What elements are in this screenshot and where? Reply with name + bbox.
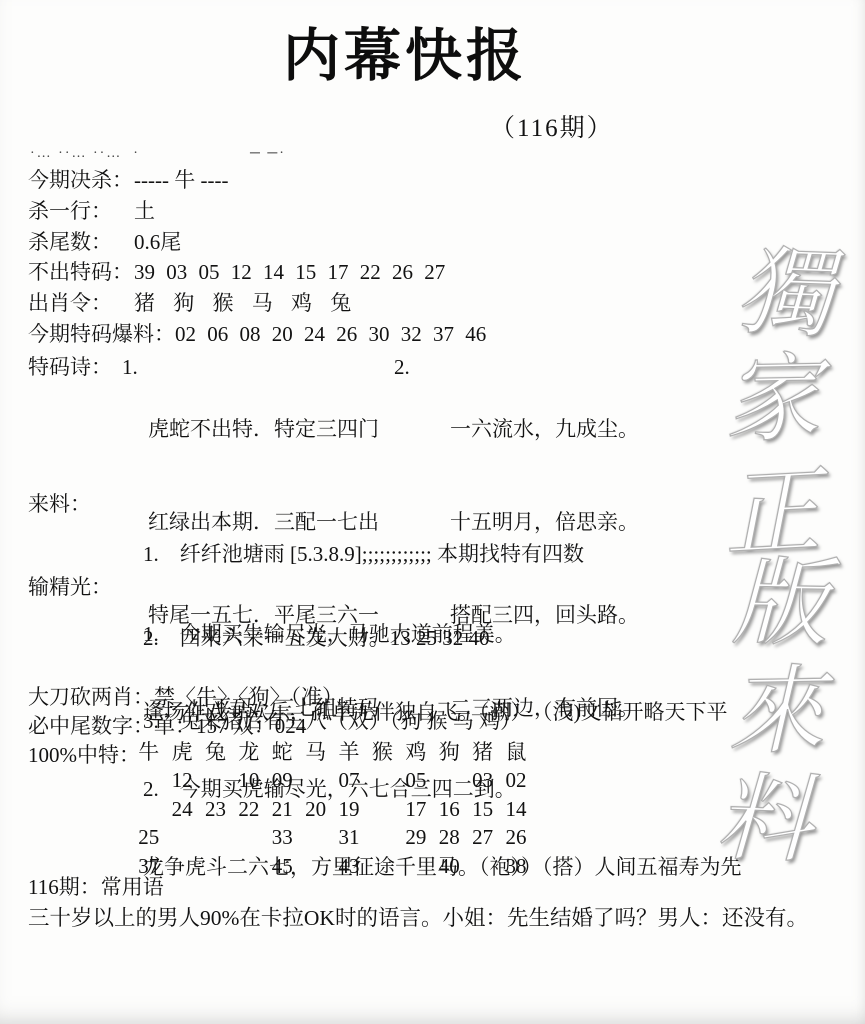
field-label: 出肖令：: [28, 288, 134, 319]
must-hit-tail-digits-line: 必中尾数字： 单：157 双：024: [28, 710, 306, 740]
special-number-cell: 05: [399, 766, 432, 794]
field-label: 杀尾数：: [28, 227, 134, 258]
footer-phrase: 三十岁以上的男人90%在卡拉OK时的语言。小姐：先生结婚了吗？男人：还没有。: [28, 901, 808, 932]
zodiac-header-cell: 猴: [366, 738, 399, 766]
special-number-cell: [366, 766, 399, 794]
field-value: 猪 狗 猴 马 鸡 兔: [134, 288, 351, 319]
field-value: 02 06 08 20 24 26 30 32 37 46: [175, 319, 486, 350]
special-number-cell: [299, 766, 332, 794]
special-number-cell: [199, 766, 232, 794]
special-number-cell: 21: [266, 795, 299, 823]
special-number-cell: 09: [266, 766, 299, 794]
zodiac-header-cell: 鸡: [399, 738, 432, 766]
special-number-cell: [232, 823, 265, 851]
special-number-cell: 24: [165, 795, 198, 823]
field-label: 今期决杀：: [28, 165, 134, 196]
special-number-cell: 25: [132, 823, 165, 851]
special-number-cell: [132, 795, 165, 823]
special-number-cell: [366, 852, 399, 880]
zodiac-header-cell: 羊: [332, 738, 365, 766]
field-label: 今期特码爆料：: [28, 319, 175, 350]
special-number-cell: 22: [232, 795, 265, 823]
clipped-text-remnant: ·… ··… ··… · ─ ─·: [30, 146, 570, 160]
special-number-cell: 33: [266, 823, 299, 851]
field-value: 0.6尾: [134, 227, 181, 258]
field-value: 禁〈牛〉〈狗〉（准）: [154, 681, 343, 711]
special-number-cell: [165, 852, 198, 880]
knife-two-zodiac-line: 大刀砍两肖： 禁〈牛〉〈狗〉（准）: [28, 681, 343, 711]
special-number-cell: 26: [499, 823, 532, 851]
hit-table: 牛 虎 兔 龙 蛇 马 羊 猴 鸡 狗 猪 鼠 12 10 09 07 05 0…: [132, 738, 533, 880]
kill-line: 今期特码爆料： 02 06 08 20 24 26 30 32 37 46: [28, 319, 486, 350]
field-value: 土: [134, 196, 155, 227]
field-value: 39 03 05 12 14 15 17 22 26 27: [134, 257, 445, 288]
zodiac-header-cell: 蛇: [266, 738, 299, 766]
special-number-cell: [366, 823, 399, 851]
kill-line: 出肖令： 猪 狗 猴 马 鸡 兔: [28, 288, 486, 319]
kill-section: 今期决杀： ----- 牛 ---- 杀一行： 土 杀尾数： 0.6尾 不出特码…: [28, 165, 486, 350]
special-number-cell: [466, 852, 499, 880]
watermark-char: 料: [714, 770, 813, 869]
special-number-cell: 10: [232, 766, 265, 794]
zodiac-header-cell: 兔: [199, 738, 232, 766]
special-number-cell: [232, 852, 265, 880]
special-number-cell: 02: [499, 766, 532, 794]
special-number-cell: 27: [466, 823, 499, 851]
kill-line: 杀尾数： 0.6尾: [28, 227, 486, 258]
special-number-cell: 20: [299, 795, 332, 823]
special-number-cell: [366, 795, 399, 823]
special-number-cell: [433, 766, 466, 794]
issue-number: （116期）: [490, 108, 614, 144]
special-number-cell: [165, 823, 198, 851]
scanned-lottery-tip-sheet: 内幕快报 （116期） ·… ··… ··… · ─ ─· 今期决杀： ----…: [0, 0, 865, 1024]
special-number-cell: [299, 823, 332, 851]
special-number-cell: [199, 823, 232, 851]
zodiac-header-cell: 牛: [132, 738, 165, 766]
special-number-cell: 38: [499, 852, 532, 880]
field-label: 必中尾数字：: [28, 710, 154, 740]
field-value: 单：157 双：024: [154, 710, 306, 740]
special-number-cell: 07: [332, 766, 365, 794]
special-number-cell: [399, 852, 432, 880]
zodiac-header-cell: 龙: [232, 738, 265, 766]
special-number-cell: 23: [199, 795, 232, 823]
special-number-cell: 14: [499, 795, 532, 823]
special-number-cell: 12: [165, 766, 198, 794]
field-value: ----- 牛 ----: [134, 165, 228, 196]
special-number-cell: 43: [332, 852, 365, 880]
special-number-cell: 40: [433, 852, 466, 880]
poem-line: 虎蛇不出特．特定三四门: [148, 414, 384, 445]
special-number-cell: [199, 852, 232, 880]
special-number-cell: [299, 852, 332, 880]
footer-issue-line: 116期：常用语: [28, 871, 164, 901]
watermark-char: 來: [727, 663, 825, 761]
hit-table-label: 100%中特：: [28, 739, 140, 769]
special-number-cell: 15: [466, 795, 499, 823]
zodiac-header-cell: 虎: [165, 738, 198, 766]
special-number-cell: [132, 766, 165, 794]
material-item: 1. 纤纤池塘雨 [5.3.8.9];;;;;;;;;;;; 本期找特有四数: [143, 538, 584, 572]
zodiac-header-cell: 猪: [466, 738, 499, 766]
special-number-cell: 19: [332, 795, 365, 823]
watermark-char: 版: [731, 555, 829, 653]
field-label: 大刀砍两肖：: [28, 681, 154, 711]
watermark-char: 家: [723, 351, 821, 449]
special-number-cell: 16: [433, 795, 466, 823]
lose-all-line: 1. 今期买牛输尽光，马驰大道前程美。: [143, 621, 742, 649]
special-number-cell: 03: [466, 766, 499, 794]
special-number-cell: 29: [399, 823, 432, 851]
poem-line: 一六流水，九成尘。: [450, 414, 639, 445]
kill-line: 不出特码： 39 03 05 12 14 15 17 22 26 27: [28, 257, 486, 288]
special-number-cell: 28: [433, 823, 466, 851]
kill-line: 今期决杀： ----- 牛 ----: [28, 165, 486, 196]
zodiac-header-cell: 马: [299, 738, 332, 766]
special-number-cell: 45: [266, 852, 299, 880]
special-number-cell: 31: [332, 823, 365, 851]
field-label: 杀一行：: [28, 196, 134, 227]
kill-line: 杀一行： 土: [28, 196, 486, 227]
special-number-cell: 17: [399, 795, 432, 823]
page-title: 内幕快报: [0, 26, 810, 89]
zodiac-header-cell: 鼠: [499, 738, 532, 766]
zodiac-header-cell: 狗: [433, 738, 466, 766]
field-label: 不出特码：: [28, 257, 134, 288]
watermark-char: 獨: [735, 244, 834, 343]
